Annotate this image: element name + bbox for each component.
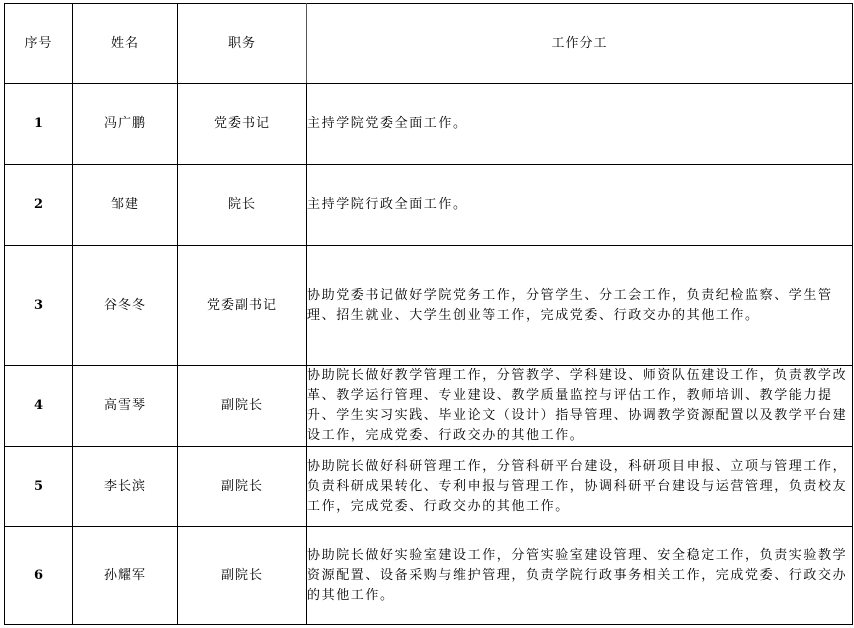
- row-duties: 主持学院党委全面工作。: [307, 84, 853, 165]
- row-duties: 协助院长做好科研管理工作，分管科研平台建设，科研项目申报、立项与管理工作，负责科…: [307, 447, 853, 527]
- row-index: 6: [5, 527, 73, 625]
- row-index: 2: [5, 165, 73, 246]
- row-name: 李长滨: [73, 447, 178, 527]
- row-name: 高雪琴: [73, 366, 178, 447]
- row-duties: 协助院长做好教学管理工作，分管教学、学科建设、师资队伍建设工作，负责教学改革、教…: [307, 366, 853, 447]
- table-header-row: 序号 姓名 职务 工作分工: [5, 4, 853, 84]
- row-name: 谷冬冬: [73, 246, 178, 366]
- table-row: 3 谷冬冬 党委副书记 协助党委书记做好学院党务工作，分管学生、分工会工作，负责…: [5, 246, 853, 366]
- header-duties: 工作分工: [307, 4, 853, 84]
- table-row: 6 孙耀军 副院长 协助院长做好实验室建设工作，分管实验室建设管理、安全稳定工作…: [5, 527, 853, 625]
- row-index: 1: [5, 84, 73, 165]
- row-position: 院长: [178, 165, 307, 246]
- row-position: 副院长: [178, 366, 307, 447]
- row-name: 冯广鹏: [73, 84, 178, 165]
- row-position: 党委副书记: [178, 246, 307, 366]
- table-row: 2 邹建 院长 主持学院行政全面工作。: [5, 165, 853, 246]
- header-index: 序号: [5, 4, 73, 84]
- header-position: 职务: [178, 4, 307, 84]
- row-index: 5: [5, 447, 73, 527]
- row-duties: 协助院长做好实验室建设工作，分管实验室建设管理、安全稳定工作，负责实验教学资源配…: [307, 527, 853, 625]
- row-position: 副院长: [178, 447, 307, 527]
- table-row: 5 李长滨 副院长 协助院长做好科研管理工作，分管科研平台建设，科研项目申报、立…: [5, 447, 853, 527]
- duty-assignment-table: 序号 姓名 职务 工作分工 1 冯广鹏 党委书记 主持学院党委全面工作。 2 邹…: [4, 3, 853, 625]
- row-name: 邹建: [73, 165, 178, 246]
- header-name: 姓名: [73, 4, 178, 84]
- row-index: 4: [5, 366, 73, 447]
- row-index: 3: [5, 246, 73, 366]
- row-duties: 协助党委书记做好学院党务工作，分管学生、分工会工作，负责纪检监察、学生管理、招生…: [307, 246, 853, 366]
- row-name: 孙耀军: [73, 527, 178, 625]
- table-row: 4 高雪琴 副院长 协助院长做好教学管理工作，分管教学、学科建设、师资队伍建设工…: [5, 366, 853, 447]
- row-position: 副院长: [178, 527, 307, 625]
- row-duties: 主持学院行政全面工作。: [307, 165, 853, 246]
- table-row: 1 冯广鹏 党委书记 主持学院党委全面工作。: [5, 84, 853, 165]
- row-position: 党委书记: [178, 84, 307, 165]
